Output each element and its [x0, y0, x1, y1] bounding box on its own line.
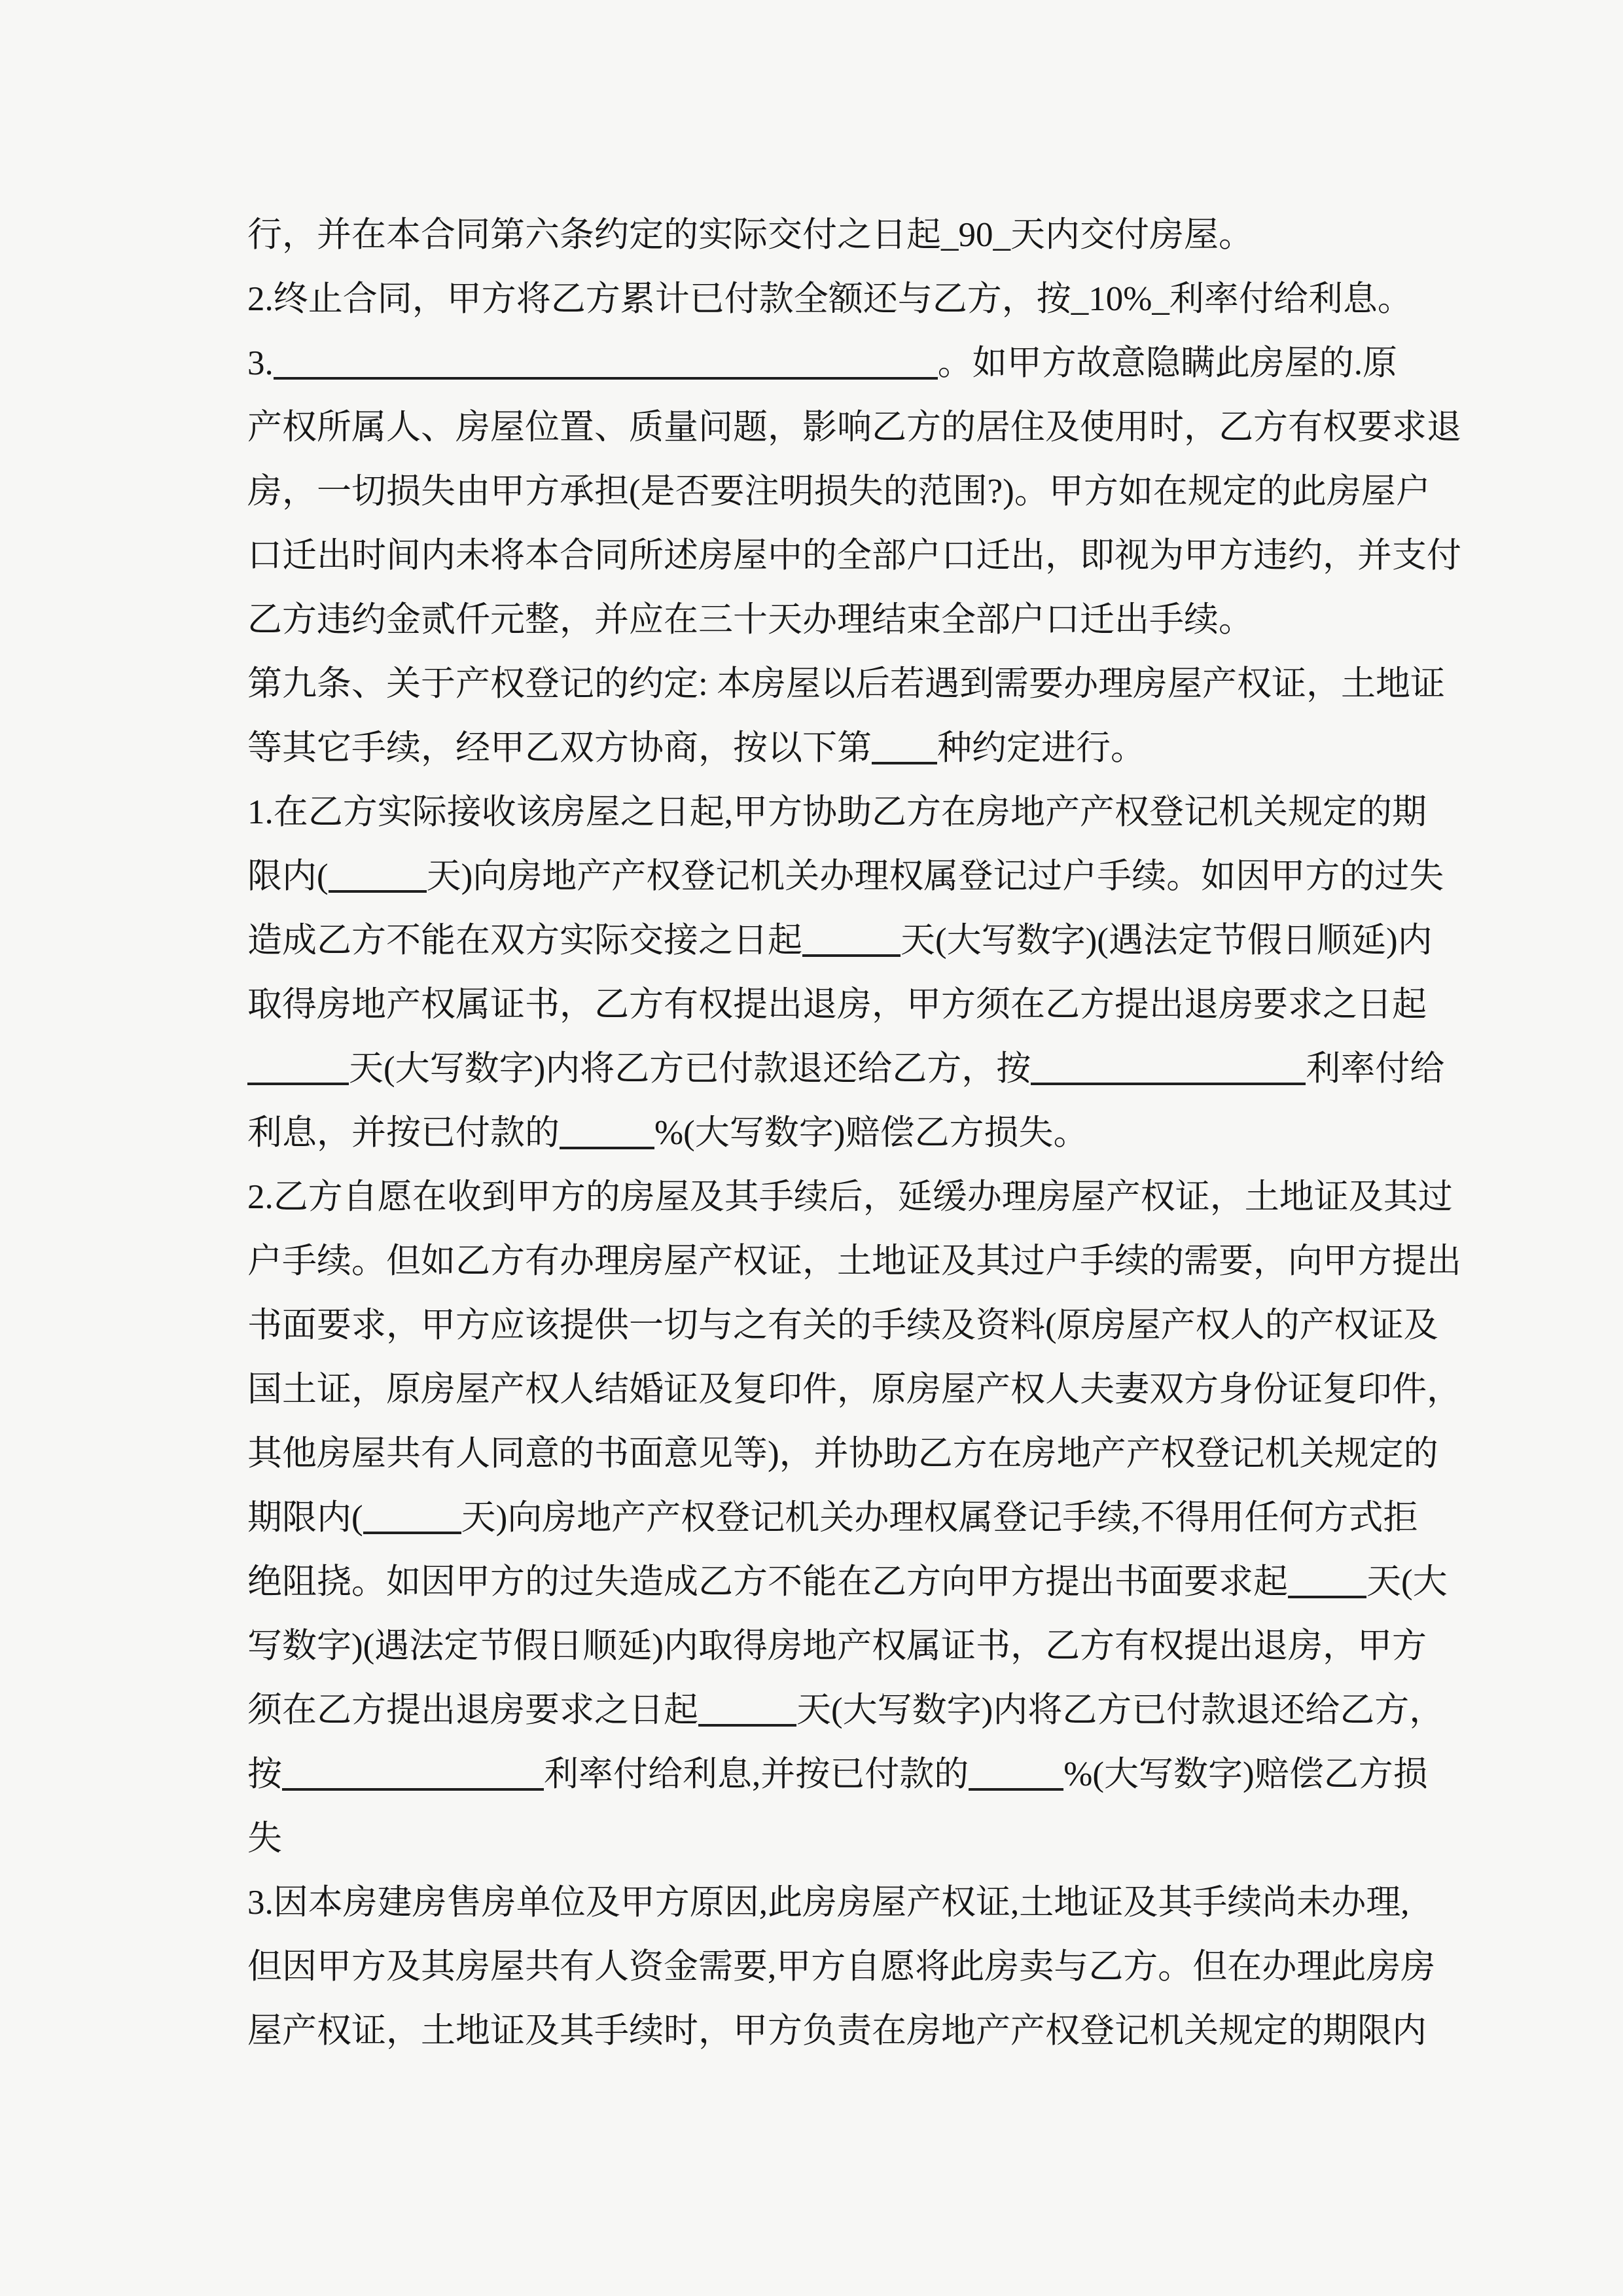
text-segment: 失 [247, 1820, 282, 1857]
text-segment: 须在乙方提出退房要求之日起 [247, 1691, 698, 1729]
text-segment: 限内( [247, 857, 329, 895]
fill-in-blank-underline [698, 1698, 796, 1727]
text-segment: 第九条、关于产权登记的约定: 本房屋以后若遇到需要办理房屋产权证，土地证 [247, 665, 1445, 703]
text-line: 书面要求，甲方应该提供一切与之有关的手续及资料(原房屋产权人的产权证及 [247, 1293, 1409, 1357]
text-line: 3.。如甲方故意隐瞒此房屋的.原 [247, 331, 1409, 395]
text-segment: 但因甲方及其房屋共有人资金需要,甲方自愿将此房卖与乙方。但在办理此房房 [247, 1948, 1435, 1986]
text-line: 2.终止合同，甲方将乙方累计已付款全额还与乙方，按_10%_利率付给利息。 [247, 267, 1409, 331]
text-segment: %(大写数字)赔偿乙方损 [1063, 1755, 1427, 1793]
fill-in-blank-underline [560, 1121, 654, 1149]
text-segment: 。如甲方故意隐瞒此房屋的.原 [938, 344, 1397, 382]
text-line: 取得房地产权属证书，乙方有权提出退房，甲方须在乙方提出退房要求之日起 [247, 973, 1409, 1037]
text-line: 期限内(天)向房地产产权登记机关办理权属登记手续,不得用任何方式拒 [247, 1486, 1409, 1550]
text-segment: 绝阻挠。如因甲方的过失造成乙方不能在乙方向甲方提出书面要求起 [247, 1563, 1288, 1601]
fill-in-blank-underline [802, 928, 901, 957]
text-segment: 2.终止合同，甲方将乙方累计已付款全额还与乙方，按_10%_利率付给利息。 [247, 280, 1412, 318]
text-segment: 利率付给 [1306, 1050, 1444, 1088]
text-line: 限内(天)向房地产产权登记机关办理权属登记过户手续。如因甲方的过失 [247, 844, 1409, 908]
scanned-contract-page: 行，并在本合同第六条约定的实际交付之日起_90_天内交付房屋。2.终止合同，甲方… [0, 0, 1623, 2296]
text-segment: 3.因本房建房售房单位及甲方原因,此房房屋产权证,土地证及其手续尚未办理, [247, 1884, 1410, 1922]
text-line: 等其它手续，经甲乙双方协商，按以下第种约定进行。 [247, 716, 1409, 780]
text-segment: 天(大 [1366, 1563, 1448, 1601]
text-segment: 屋产权证，土地证及其手续时，甲方负责在房地产产权登记机关规定的期限内 [247, 2012, 1427, 2050]
text-line: 须在乙方提出退房要求之日起天(大写数字)内将乙方已付款退还给乙方， [247, 1678, 1409, 1742]
text-segment: 天)向房地产产权登记机关办理权属登记过户手续。如因甲方的过失 [427, 857, 1444, 895]
text-segment: 房，一切损失由甲方承担(是否要注明损失的范围?)。甲方如在规定的此房屋户 [247, 473, 1431, 511]
text-segment: 天(大写数字)内将乙方已付款退还给乙方，按 [349, 1050, 1031, 1088]
text-segment: 等其它手续，经甲乙双方协商，按以下第 [247, 729, 872, 767]
text-line: 按利率付给利息,并按已付款的%(大写数字)赔偿乙方损 [247, 1742, 1409, 1806]
fill-in-blank-underline [282, 1762, 544, 1791]
text-line: 天(大写数字)内将乙方已付款退还给乙方，按利率付给 [247, 1037, 1409, 1101]
text-segment: 造成乙方不能在双方实际交接之日起 [247, 922, 802, 960]
text-line: 失 [247, 1806, 1409, 1871]
text-line: 3.因本房建房售房单位及甲方原因,此房房屋产权证,土地证及其手续尚未办理, [247, 1871, 1409, 1935]
text-line: 1.在乙方实际接收该房屋之日起,甲方协助乙方在房地产产权登记机关规定的期 [247, 780, 1409, 844]
fill-in-blank-underline [872, 736, 937, 764]
text-segment: 乙方违约金贰仟元整，并应在三十天办理结束全部户口迁出手续。 [247, 601, 1253, 639]
fill-in-blank-underline [1031, 1056, 1306, 1085]
text-line: 户手续。但如乙方有办理房屋产权证，土地证及其过户手续的需要，向甲方提出 [247, 1229, 1409, 1293]
text-segment: 期限内( [247, 1499, 363, 1537]
fill-in-blank-underline [969, 1762, 1063, 1791]
text-segment: 3. [247, 344, 274, 382]
text-line: 利息，并按已付款的%(大写数字)赔偿乙方损失。 [247, 1101, 1409, 1165]
text-segment: 2.乙方自愿在收到甲方的房屋及其手续后，延缓办理房屋产权证，土地证及其过 [247, 1178, 1453, 1216]
text-segment: 国土证，原房屋产权人结婚证及复印件，原房屋产权人夫妻双方身份证复印件， [247, 1371, 1461, 1408]
text-line: 但因甲方及其房屋共有人资金需要,甲方自愿将此房卖与乙方。但在办理此房房 [247, 1935, 1409, 1999]
text-segment: 利息，并按已付款的 [247, 1114, 560, 1152]
text-segment: 利率付给利息,并按已付款的 [544, 1755, 969, 1793]
text-segment: 其他房屋共有人同意的书面意见等)，并协助乙方在房地产产权登记机关规定的 [247, 1435, 1438, 1473]
text-line: 其他房屋共有人同意的书面意见等)，并协助乙方在房地产产权登记机关规定的 [247, 1422, 1409, 1486]
text-segment: 行，并在本合同第六条约定的实际交付之日起_90_天内交付房屋。 [247, 216, 1253, 254]
text-line: 第九条、关于产权登记的约定: 本房屋以后若遇到需要办理房屋产权证，土地证 [247, 652, 1409, 716]
text-line: 产权所属人、房屋位置、质量问题，影响乙方的居住及使用时，乙方有权要求退 [247, 395, 1409, 459]
text-segment: 取得房地产权属证书，乙方有权提出退房，甲方须在乙方提出退房要求之日起 [247, 986, 1427, 1024]
fill-in-blank-underline [247, 1056, 349, 1085]
text-segment: 写数字)(遇法定节假日顺延)内取得房地产权属证书，乙方有权提出退房，甲方 [247, 1627, 1427, 1665]
text-segment: 产权所属人、房屋位置、质量问题，影响乙方的居住及使用时，乙方有权要求退 [247, 408, 1461, 446]
text-segment: 口迁出时间内未将本合同所述房屋中的全部户口迁出，即视为甲方违约，并支付 [247, 537, 1461, 575]
fill-in-blank-underline [1288, 1570, 1366, 1598]
text-line: 绝阻挠。如因甲方的过失造成乙方不能在乙方向甲方提出书面要求起天(大 [247, 1550, 1409, 1614]
text-segment: 天(大写数字)内将乙方已付款退还给乙方， [796, 1691, 1444, 1729]
text-segment: 书面要求，甲方应该提供一切与之有关的手续及资料(原房屋产权人的产权证及 [247, 1306, 1438, 1344]
text-segment: 按 [247, 1755, 282, 1793]
text-segment: 天)向房地产产权登记机关办理权属登记手续,不得用任何方式拒 [461, 1499, 1418, 1537]
fill-in-blank-underline [274, 351, 938, 380]
text-segment: 户手续。但如乙方有办理房屋产权证，土地证及其过户手续的需要，向甲方提出 [247, 1242, 1461, 1280]
fill-in-blank-underline [363, 1505, 461, 1534]
text-line: 房，一切损失由甲方承担(是否要注明损失的范围?)。甲方如在规定的此房屋户 [247, 459, 1409, 524]
text-line: 屋产权证，土地证及其手续时，甲方负责在房地产产权登记机关规定的期限内 [247, 1999, 1409, 2063]
text-segment: 种约定进行。 [937, 729, 1145, 767]
text-line: 造成乙方不能在双方实际交接之日起天(大写数字)(遇法定节假日顺延)内 [247, 908, 1409, 973]
text-line: 2.乙方自愿在收到甲方的房屋及其手续后，延缓办理房屋产权证，土地证及其过 [247, 1165, 1409, 1229]
text-segment: 天(大写数字)(遇法定节假日顺延)内 [901, 922, 1433, 960]
text-line: 乙方违约金贰仟元整，并应在三十天办理结束全部户口迁出手续。 [247, 588, 1409, 652]
text-line: 写数字)(遇法定节假日顺延)内取得房地产权属证书，乙方有权提出退房，甲方 [247, 1614, 1409, 1678]
fill-in-blank-underline [329, 864, 427, 893]
text-segment: %(大写数字)赔偿乙方损失。 [654, 1114, 1088, 1152]
text-line: 国土证，原房屋产权人结婚证及复印件，原房屋产权人夫妻双方身份证复印件， [247, 1357, 1409, 1422]
text-line: 口迁出时间内未将本合同所述房屋中的全部户口迁出，即视为甲方违约，并支付 [247, 524, 1409, 588]
text-segment: 1.在乙方实际接收该房屋之日起,甲方协助乙方在房地产产权登记机关规定的期 [247, 793, 1427, 831]
text-line: 行，并在本合同第六条约定的实际交付之日起_90_天内交付房屋。 [247, 203, 1409, 267]
contract-text-block: 行，并在本合同第六条约定的实际交付之日起_90_天内交付房屋。2.终止合同，甲方… [247, 203, 1409, 2063]
